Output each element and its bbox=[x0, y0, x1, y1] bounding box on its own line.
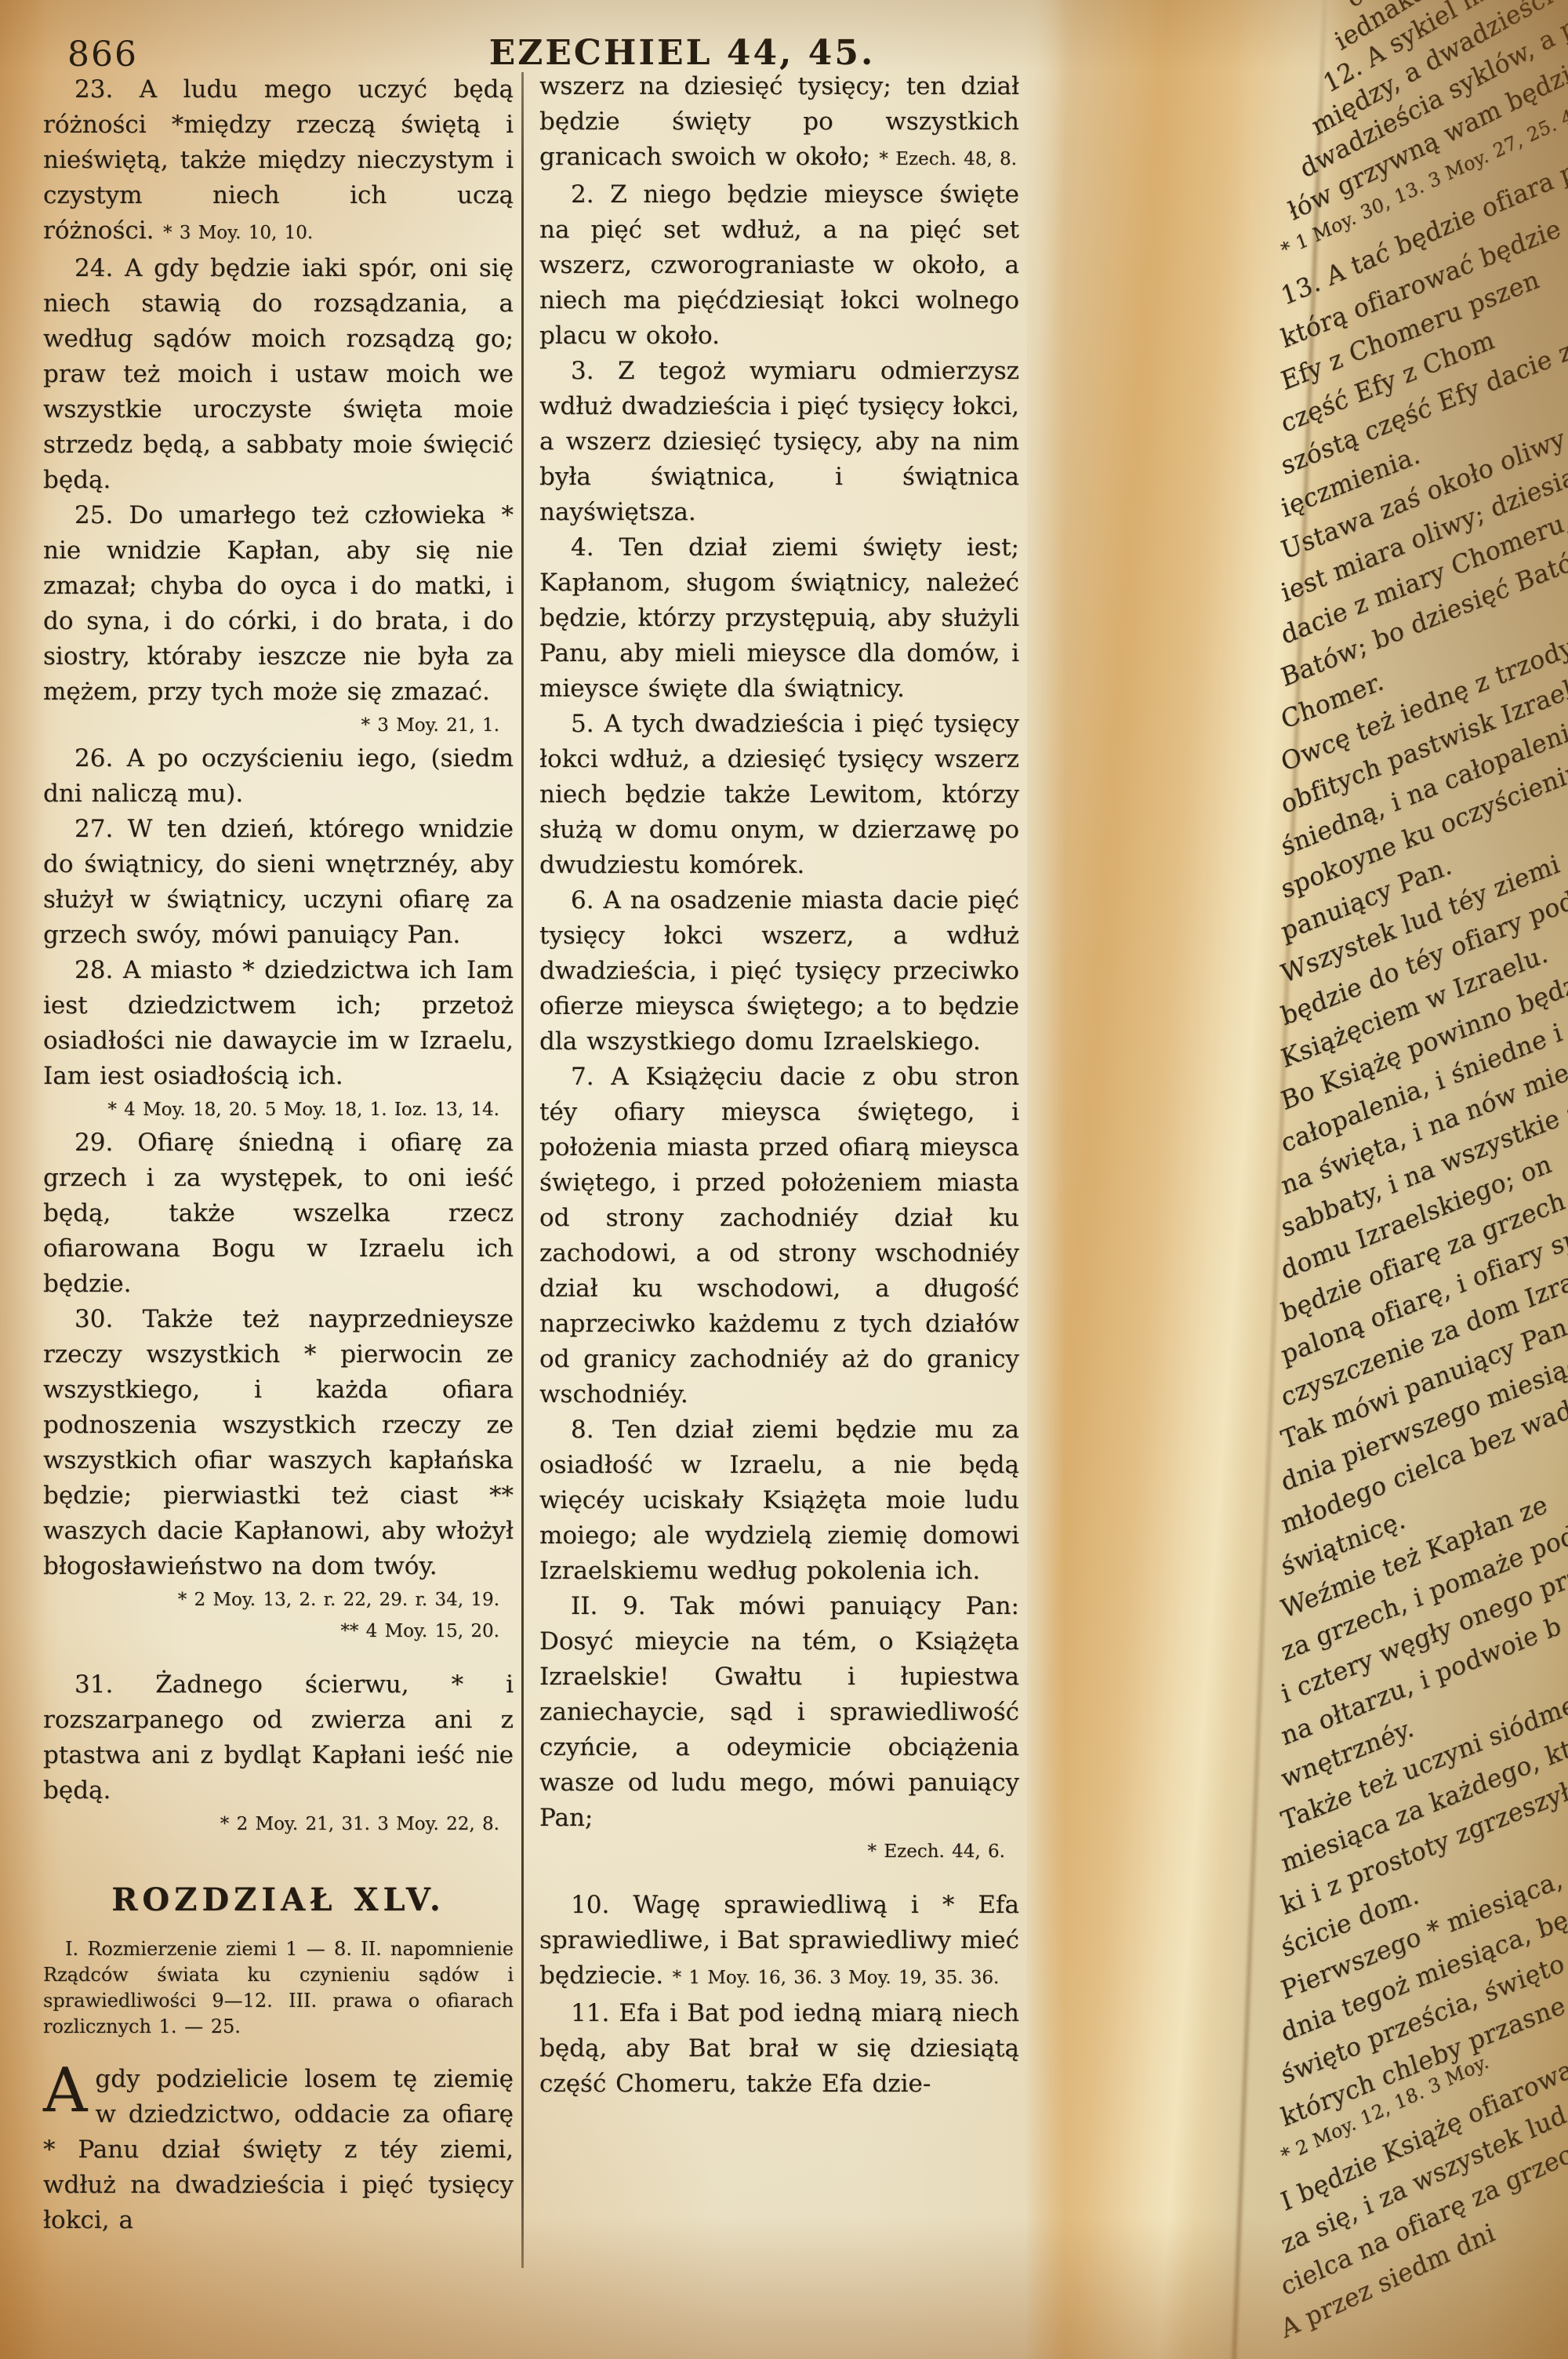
verse-paragraph: 5. A tych dwadzieścia i pięć tysięcy łok… bbox=[539, 707, 1019, 883]
left-page: 866 EZECHIEL 44, 45. 23. A ludu mego ucz… bbox=[0, 0, 1043, 2359]
verse-reference-inline: * Ezech. 48, 8. bbox=[870, 149, 1017, 169]
verse-paragraph: 28. A miasto * dziedzictwa ich Iam iest … bbox=[43, 953, 514, 1094]
verse-paragraph: 11. Efa i Bat pod iedną miarą niech będą… bbox=[539, 1996, 1019, 2102]
verse-paragraph: 30. Także też nayprzednieysze rzeczy wsz… bbox=[43, 1302, 514, 1584]
text-column-right: wszerz na dziesięć tysięcy; ten dział bę… bbox=[539, 69, 1019, 2102]
drop-cap-letter: A bbox=[43, 2062, 95, 2117]
column-divider bbox=[521, 72, 524, 2268]
curled-page: część Chomeru;iednaka oboyga miara będzi… bbox=[1027, 0, 1568, 2359]
verse-paragraph: 29. Ofiarę śniedną i ofiarę za grzech i … bbox=[43, 1125, 514, 1302]
verse-paragraph: 23. A ludu mego uczyć będą różności *mię… bbox=[43, 72, 514, 251]
verse-reference: * Ezech. 44, 6. bbox=[539, 1836, 1019, 1867]
text-column-left: 23. A ludu mego uczyć będą różności *mię… bbox=[43, 72, 514, 2238]
running-header: EZECHIEL 44, 45. bbox=[489, 33, 876, 73]
verse-reference-inline: * 3 Moy. 10, 10. bbox=[154, 223, 313, 243]
verse-reference: * 2 Moy. 21, 31. 3 Moy. 22, 8. bbox=[43, 1808, 514, 1840]
verse-paragraph: 4. Ten dział ziemi święty iest; Kapłanom… bbox=[539, 530, 1019, 707]
verse-paragraph: 25. Do umarłego też człowieka * nie wnid… bbox=[43, 498, 514, 710]
verse-paragraph: II. 9. Tak mówi panuiący Pan: Dosyć miey… bbox=[539, 1589, 1019, 1836]
verse-reference: * 3 Moy. 21, 1. bbox=[43, 710, 514, 741]
chapter-opening-paragraph: A gdy podzielicie losem tę ziemię w dzie… bbox=[43, 2062, 514, 2238]
verse-paragraph: 27. W ten dzień, którego wnidzie do świą… bbox=[43, 812, 514, 953]
verse-paragraph: wszerz na dziesięć tysięcy; ten dział bę… bbox=[539, 69, 1019, 177]
page-number: 866 bbox=[67, 35, 138, 75]
verse-paragraph: 8. Ten dział ziemi będzie mu za osiadłoś… bbox=[539, 1412, 1019, 1589]
verse-paragraph: 24. A gdy będzie iaki spór, oni się niec… bbox=[43, 251, 514, 498]
verse-paragraph: 2. Z niego będzie mieysce święte na pięć… bbox=[539, 177, 1019, 354]
verse-paragraph: 7. A Książęciu dacie z obu stron téy ofi… bbox=[539, 1060, 1019, 1412]
curled-page-text: część Chomeru;iednaka oboyga miara będzi… bbox=[1027, 0, 1568, 2359]
verse-reference: * 2 Moy. 13, 2. r. 22, 29. r. 34, 19. bbox=[43, 1584, 514, 1616]
verse-reference: * 4 Moy. 18, 20. 5 Moy. 18, 1. Ioz. 13, … bbox=[43, 1094, 514, 1125]
verse-reference: ** 4 Moy. 15, 20. bbox=[43, 1616, 514, 1647]
book-page-scan: 866 EZECHIEL 44, 45. 23. A ludu mego ucz… bbox=[0, 0, 1568, 2359]
verse-paragraph: 6. A na osadzenie miasta dacie pięć tysi… bbox=[539, 883, 1019, 1060]
verse-paragraph: 31. Żadnego ścierwu, * i rozszarpanego o… bbox=[43, 1667, 514, 1808]
verse-paragraph: 10. Wagę sprawiedliwą i * Efa sprawiedli… bbox=[539, 1888, 1019, 1996]
chapter-heading: ROZDZIAŁ XLV. bbox=[43, 1882, 514, 1917]
verse-reference-inline: * 1 Moy. 16, 36. 3 Moy. 19, 35. 36. bbox=[663, 1968, 999, 1988]
verse-paragraph: 26. A po oczyścieniu iego, (siedm dni na… bbox=[43, 741, 514, 812]
verse-paragraph: 3. Z tegoż wymiaru odmierzysz wdłuż dwad… bbox=[539, 354, 1019, 530]
chapter-summary: I. Rozmierzenie ziemi 1 — 8. II. napomni… bbox=[43, 1936, 514, 2040]
